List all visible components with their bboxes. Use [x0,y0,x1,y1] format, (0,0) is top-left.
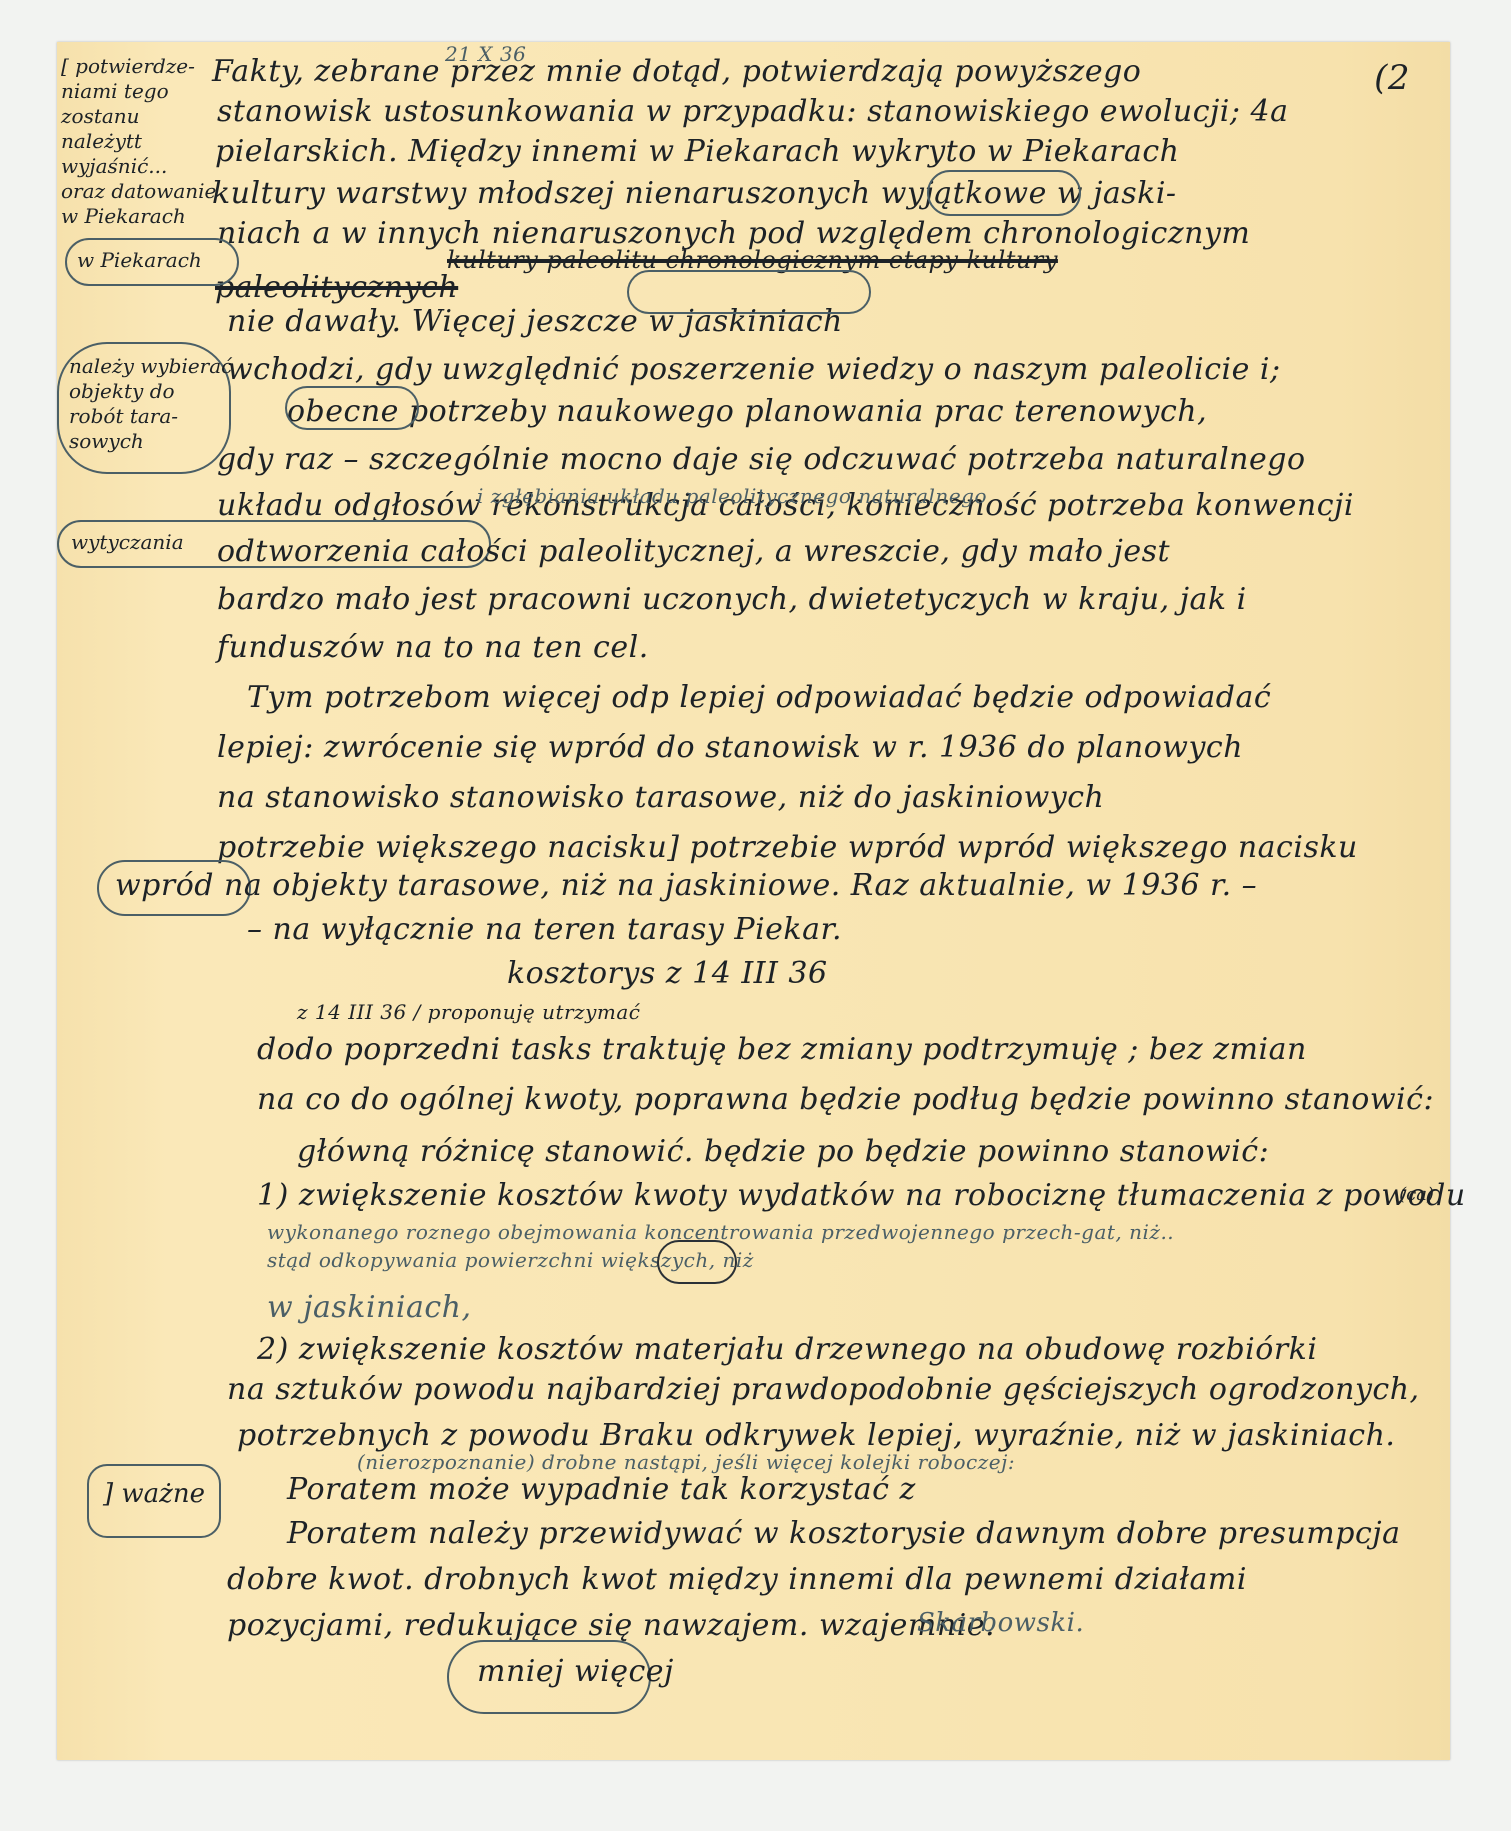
text-line: dodo poprzedni tasks traktuję bez zmiany… [257,1032,1307,1067]
text-line: stanowisk ustosunkowania w przypadku: st… [217,94,1289,129]
text-line: 2) zwiększenie kosztów materjału drzewne… [257,1332,1317,1367]
circled-annotation [285,386,419,430]
margin-note-top-left: [ potwierdze- niami tego zostanu należyt… [61,54,216,229]
margin-line: należytt [61,129,216,154]
text-line: Tym potrzebom więcej odp lepiej odpowiad… [247,680,1271,715]
text-line: funduszów na to na ten cel. [217,630,649,665]
text-line: wpród na objekty tarasowe, niż na jaskin… [115,868,1257,903]
text-line: mniej więcej [477,1654,674,1689]
margin-line: oraz datowanie [61,179,216,204]
text-line: (nierozpoznanie) drobne nastąpi, jeśli w… [357,1450,1015,1474]
text-line: Poratem może wypadnie tak korzystać z [287,1472,916,1507]
text-line: dobre kwot. drobnych kwot między innemi … [227,1562,1247,1597]
text-line-insert: i zgłębiania układu paleolitycznego natu… [477,484,987,508]
margin-note-wazne: ] ważne [103,1482,205,1507]
page-number: (2 [1374,58,1410,98]
text-line: główną różnicę stanowić. będzie po będzi… [297,1134,1269,1169]
circled-annotation [927,170,1081,216]
margin-note-piekarach: w Piekarach [77,248,202,273]
struck-line: paleolitycznych [215,270,458,305]
signature: Skarbowski. [917,1608,1084,1638]
text-line: na stanowisko stanowisko tarasowe, niż d… [217,780,1104,815]
margin-line: należy wybierać [69,354,232,379]
text-line: obecne potrzeby naukowego planowania pra… [287,394,1207,429]
margin-line: sowych [69,429,232,454]
margin-note-right: (ca) [1399,1182,1434,1207]
margin-line: [ potwierdze- [61,54,216,79]
text-line: pozycjami, redukujące się nawzajem. wzaj… [227,1608,995,1643]
text-line: – na wyłącznie na teren tarasy Piekar. [247,912,842,947]
text-line: na co do ogólnej kwoty, poprawna będzie … [257,1082,1434,1117]
section-heading: kosztorys z 14 III 36 [507,956,828,991]
text-line: potrzebie większego nacisku] potrzebie w… [217,830,1358,865]
margin-line: niami tego [61,79,216,104]
text-line: lepiej: zwrócenie się wpród do stanowisk… [217,730,1243,765]
margin-line: wyjaśnić... [61,154,216,179]
margin-line: w Piekarach [61,204,216,229]
margin-note-block: należy wybierać objekty do robót tara- s… [69,354,232,454]
margin-note-wytyczania: wytyczania [71,530,184,555]
circled-annotation [657,1240,737,1284]
text-line: 1) zwiększenie kosztów kwoty wydatków na… [257,1178,1466,1213]
text-line: Poratem należy przewidywać w kosztorysie… [287,1516,1400,1551]
text-line: Fakty, zebrane przez mnie dotąd, potwier… [212,54,1141,89]
text-line: pielarskich. Między innemi w Piekarach w… [215,134,1179,169]
text-line: w jaskiniach, [267,1290,472,1325]
margin-line: objekty do [69,379,232,404]
text-line: gdy raz – szczególnie mocno daje się odc… [217,442,1306,477]
margin-line: zostanu [61,104,216,129]
text-line: odtworzenia całości paleolitycznej, a wr… [217,534,1170,569]
manuscript-page: 21 X 36 (2 [ potwierdze- niami tego zost… [57,42,1450,1760]
margin-line: robót tara- [69,404,232,429]
text-line: bardzo mało jest pracowni uczonych, dwie… [217,582,1247,617]
text-line: na sztuków powodu najbardziej prawdopodo… [227,1372,1420,1407]
text-line: potrzebnych z powodu Braku odkrywek lepi… [237,1418,1395,1453]
text-line: z 14 III 36 / proponuję utrzymać [297,1000,640,1024]
circled-annotation [627,270,871,314]
text-line: wchodzi, gdy uwzględnić poszerzenie wied… [227,352,1281,387]
